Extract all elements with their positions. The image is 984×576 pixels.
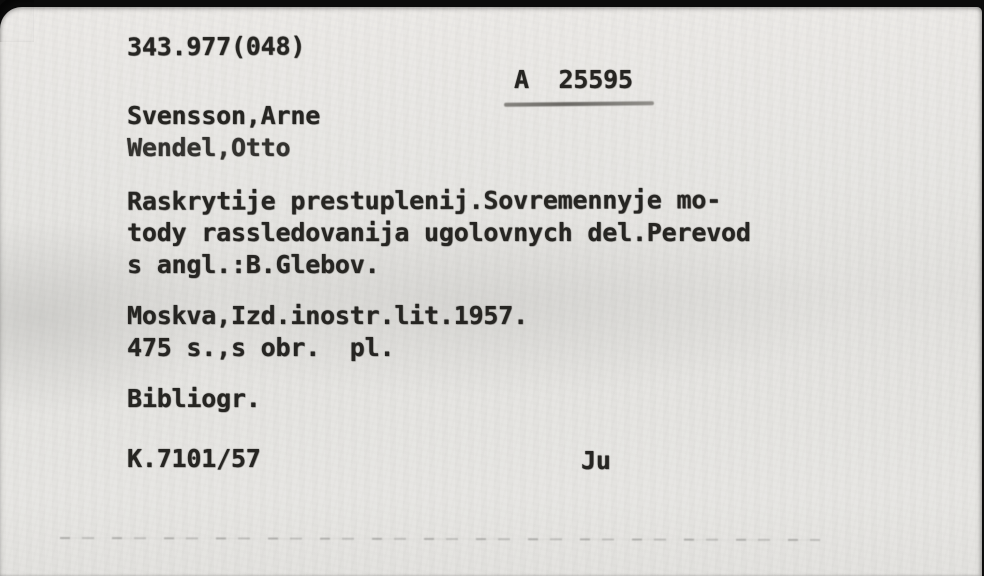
shelf-number: K.7101/57 <box>127 446 261 471</box>
title-line-3: s angl.:B.Glebov. <box>127 252 379 277</box>
author-name-2: Wendel,Otto <box>127 135 290 160</box>
imprint: Moskva,Izd.inostr.lit.1957. <box>127 303 528 328</box>
author-name-1: Svensson,Arne <box>127 103 320 128</box>
scanned-card-image: 343.977(048) A 25595 Svensson,Arne Wende… <box>0 0 984 576</box>
bibliography-note: Bibliogr. <box>127 386 261 411</box>
crease-line <box>60 537 820 541</box>
title-line-2: tody rassledovanija ugolovnych del.Perev… <box>127 220 751 245</box>
accession-underline <box>504 101 654 107</box>
collation: 475 s.,s obr. pl. <box>127 335 394 360</box>
call-number: 343.977(048) <box>127 34 305 60</box>
catalog-card: 343.977(048) A 25595 Svensson,Arne Wende… <box>0 7 982 576</box>
annotation-letters: Ju <box>581 448 611 473</box>
accession-number: A 25595 <box>514 67 633 92</box>
title-line-1: Raskrytije prestuplenij.Sovremennyje mo- <box>127 187 721 214</box>
